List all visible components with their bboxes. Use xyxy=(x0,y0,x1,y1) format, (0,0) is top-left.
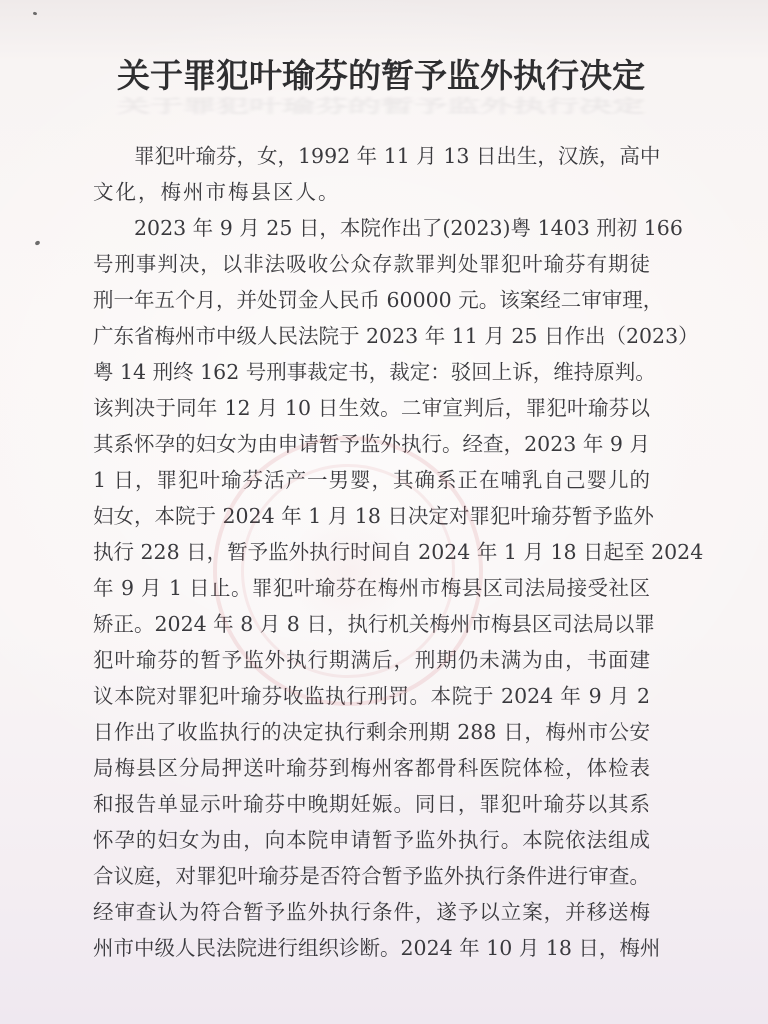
body-line: 罪犯叶瑜芬，女，1992 年 11 月 13 日出生，汉族，高中 xyxy=(93,138,650,174)
body-line: 犯叶瑜芬的暂予监外执行期满后，刑期仍未满为由，书面建 xyxy=(93,642,650,678)
body-line: 合议庭，对罪犯叶瑜芬是否符合暂予监外执行条件进行审查。 xyxy=(93,858,650,894)
body-line: 州市中级人民法院进行组织诊断。2024 年 10 月 18 日，梅州 xyxy=(93,930,650,966)
body-line: 号刑事判决，以非法吸收公众存款罪判处罪犯叶瑜芬有期徒 xyxy=(93,246,650,282)
body-line: 广东省梅州市中级人民法院于 2023 年 11 月 25 日作出（2023） xyxy=(93,318,650,354)
body-line: 执行 228 日，暂予监外执行时间自 2024 年 1 月 18 日起至 202… xyxy=(93,534,650,570)
body-line: 粤 14 刑终 162 号刑事裁定书，裁定：驳回上诉，维持原判。 xyxy=(93,354,650,390)
body-line: 文化，梅州市梅县区人。 xyxy=(93,174,650,210)
scan-speck xyxy=(33,11,38,15)
body-line: 年 9 月 1 日止。罪犯叶瑜芬在梅州市梅县区司法局接受社区 xyxy=(93,570,650,606)
body-line: 日作出了收监执行的决定执行剩余刑期 288 日，梅州市公安 xyxy=(93,714,650,750)
scan-speck xyxy=(34,240,40,246)
body-line: 妇女，本院于 2024 年 1 月 18 日决定对罪犯叶瑜芬暂予监外 xyxy=(93,498,650,534)
body-line: 经审查认为符合暂予监外执行条件，遂予以立案，并移送梅 xyxy=(93,894,650,930)
body-line: 和报告单显示叶瑜芬中晚期妊娠。同日，罪犯叶瑜芬以其系 xyxy=(93,786,650,822)
body-line: 刑一年五个月，并处罚金人民币 60000 元。该案经二审审理， xyxy=(93,282,650,318)
body-line: 该判决于同年 12 月 10 日生效。二审宣判后，罪犯叶瑜芬以 xyxy=(93,390,650,426)
body-line: 议本院对罪犯叶瑜芬收监执行刑罚。本院于 2024 年 9 月 2 xyxy=(93,678,650,714)
body-line: 2023 年 9 月 25 日，本院作出了(2023)粤 1403 刑初 166 xyxy=(93,210,650,246)
body-line: 怀孕的妇女为由，向本院申请暂予监外执行。本院依法组成 xyxy=(93,822,650,858)
document-body: 罪犯叶瑜芬，女，1992 年 11 月 13 日出生，汉族，高中 文化，梅州市梅… xyxy=(93,138,650,966)
body-line: 其系怀孕的妇女为由申请暂予监外执行。经查，2023 年 9 月 xyxy=(93,426,650,462)
scanned-document-page: 关于罪犯叶瑜芬的暂予监外执行决定 关于罪犯叶瑜芬的暂予监外执行决定 罪犯叶瑜芬，… xyxy=(0,0,768,1024)
document-title: 关于罪犯叶瑜芬的暂予监外执行决定 xyxy=(0,50,768,97)
body-line: 矫正。2024 年 8 月 8 日，执行机关梅州市梅县区司法局以罪 xyxy=(93,606,650,642)
body-line: 局梅县区分局押送叶瑜芬到梅州客都骨科医院体检，体检表 xyxy=(93,750,650,786)
body-line: 1 日，罪犯叶瑜芬活产一男婴，其确系正在哺乳自己婴儿的 xyxy=(93,462,650,498)
